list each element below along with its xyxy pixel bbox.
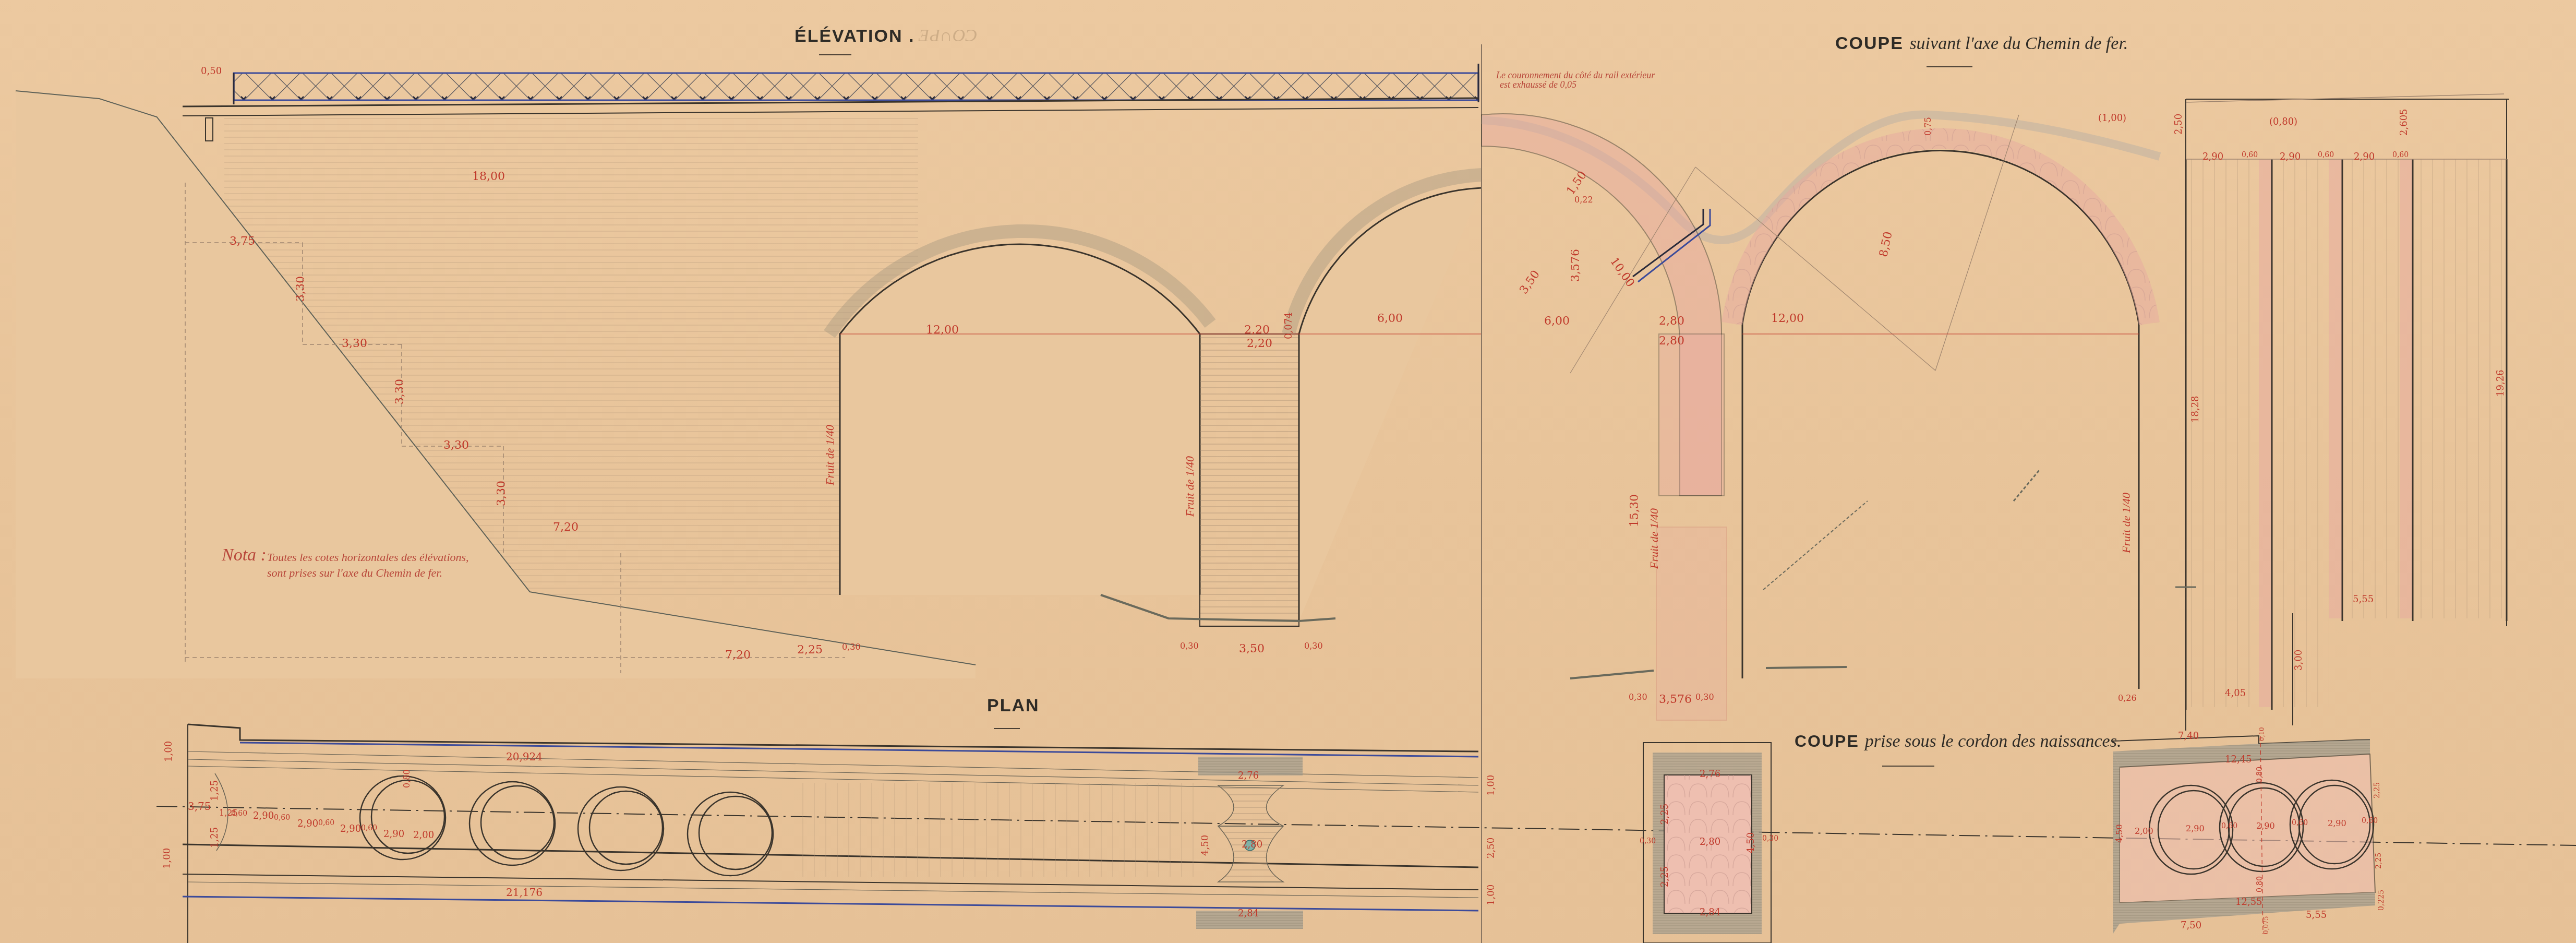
dim-spring-bottom-short: 7,50 — [2181, 921, 2201, 930]
dim-plan-pier-top: 2,76 — [1238, 771, 1259, 781]
dim-spring-gap2: 0,60 — [2292, 819, 2308, 827]
dim-plan-edge-top: 1,00 — [164, 741, 174, 762]
dim-plan-right-edge-top: 1,00 — [1487, 775, 1496, 796]
dim-end-base-left: 4,05 — [2225, 689, 2246, 698]
mirrored-coupe-ghost: ƎԀ∩OϽ — [918, 26, 977, 46]
dim-spring-vert-top: 0,80 — [2256, 767, 2264, 783]
dim-base-mid: 2,25 — [797, 644, 823, 656]
dim-slope-v2: 3,30 — [394, 379, 406, 404]
dim-end-right-height: 2,605 — [2400, 109, 2409, 136]
nota-line-2: sont prises sur l'axe du Chemin de fer. — [267, 566, 442, 580]
plan-title: PLAN — [987, 696, 1040, 716]
dim-spring-bottom-long: 12,55 — [2235, 898, 2262, 907]
fruit-label-elevation-1: Fruit de 1/40 — [824, 425, 836, 485]
dim-slope-v3: 3,30 — [496, 481, 508, 506]
dim-pier-base: 2,20 — [1247, 338, 1272, 350]
dim-end-left-height: 2,50 — [2174, 114, 2184, 135]
dim-slope-h2: 3,30 — [342, 338, 367, 350]
dim-plan-bay-4: 2,90 — [383, 830, 404, 839]
dim-spring-bay1: 2,90 — [2186, 825, 2205, 833]
end-elevation-view — [2175, 94, 2509, 725]
dim-pier-sec-bottom: 2,84 — [1700, 908, 1720, 917]
dim-plan-gap-3: 0,60 — [318, 819, 334, 827]
dim-plan-pier-width: 2,80 — [1242, 840, 1262, 850]
axis-section-view — [1482, 99, 2186, 731]
dim-base-left: 7,20 — [553, 522, 579, 533]
elevation-title-underline — [819, 54, 851, 55]
axis-section-title: COUPE suivant l'axe du Chemin de fer. — [1835, 33, 2128, 54]
dim-pier-sec-top: 2,76 — [1700, 770, 1720, 779]
dim-spring-step-bottom: 0,075 — [2263, 916, 2269, 934]
dim-axis-pier-top: 2,80 — [1659, 316, 1684, 327]
dim-slope-v1: 3,30 — [295, 276, 307, 302]
dim-plan-gap-1: 0,60 — [231, 810, 247, 817]
dim-pier-sec-upper: 2,25 — [1660, 804, 1670, 825]
dim-plan-half-top: 1,25 — [210, 780, 220, 801]
dim-axis-drain-height: 3,576 — [1570, 249, 1582, 282]
dim-spring-start: 2,00 — [2135, 827, 2153, 835]
dim-plan-bottom-length: 21,176 — [506, 887, 543, 898]
dim-plan-start: 3,75 — [188, 801, 211, 811]
nota-label: Nota : — [222, 545, 267, 565]
dim-end-base-right: 5,55 — [2353, 595, 2374, 604]
dim-pier-sec-lower: 2,25 — [1660, 866, 1670, 887]
dim-pier-sec-height: 4,50 — [1747, 832, 1756, 853]
dim-end-bay2: 2,90 — [2280, 152, 2301, 162]
dim-axis-misc-left: 6,00 — [1544, 316, 1570, 327]
dim-plan-right-half: 2,50 — [1487, 838, 1496, 858]
dim-base-offset: 0,30 — [842, 643, 861, 651]
dim-axis-drain-offset: 0,22 — [1574, 196, 1593, 204]
dim-spring-top-long: 12,45 — [2225, 755, 2252, 765]
dim-slope-h1: 3,75 — [230, 236, 255, 247]
dim-plan-half-bottom: 1,25 — [210, 827, 220, 848]
dim-plan-gap-2: 0,60 — [274, 814, 290, 821]
dim-slope-h3: 3,30 — [443, 440, 469, 451]
dim-top-span: 18,00 — [472, 171, 505, 183]
fruit-label-elevation-2: Fruit de 1/40 — [1184, 456, 1196, 517]
springing-section-title-underline — [1882, 766, 1934, 767]
dim-spring-step-top: 0,10 — [2259, 727, 2265, 741]
dim-spring-top-short: 7,40 — [2178, 732, 2199, 741]
dim-span-main: 12,00 — [926, 325, 959, 336]
dim-spring-right-bottom: 2,25 — [2375, 853, 2382, 869]
dim-spring-gap3: 0,60 — [2362, 817, 2378, 825]
dim-end-bay1: 2,90 — [2202, 152, 2223, 162]
dim-plan-bay-1: 2,90 — [253, 811, 274, 821]
dim-ground-mid: 3,50 — [1239, 643, 1265, 655]
dim-axis-right-angle: 0,26 — [2118, 694, 2137, 702]
dim-plan-bay-3: 2,90 — [340, 825, 361, 834]
dim-spring-right-top: 2,25 — [2374, 782, 2381, 798]
dim-end-pier2: 0,60 — [2318, 151, 2334, 159]
dim-pier-top: 2,20 — [1244, 325, 1270, 336]
dim-top-left: 0,50 — [201, 67, 222, 76]
dim-ground-left: 0,30 — [1180, 642, 1199, 650]
fruit-label-axis-2: Fruit de 1/40 — [2121, 493, 2132, 553]
rail-note-line-2: est exhaussé de 0,05 — [1500, 79, 1576, 90]
fruit-label-axis-1: Fruit de 1/40 — [1648, 508, 1660, 569]
dim-axis-crown: 0,75 — [1924, 117, 1932, 136]
dim-end-height-mid: 3,00 — [2294, 650, 2304, 671]
dim-pier-sec-right-offset: 0,30 — [1762, 835, 1778, 842]
dim-plan-pier-height: 4,50 — [1201, 835, 1210, 856]
axis-section-title-underline — [1927, 66, 1972, 67]
plan-title-underline — [994, 728, 1020, 729]
dim-plan-edge-bottom: 1,00 — [163, 848, 172, 869]
dim-pier-sec-left-offset: 0,30 — [1640, 838, 1656, 845]
dim-end-pier3: 0,60 — [2392, 151, 2409, 159]
dim-pier-sec-width: 2,80 — [1700, 838, 1720, 847]
dim-end-col2: 19,26 — [2496, 369, 2506, 397]
dim-spring-bay2: 2,90 — [2256, 822, 2275, 830]
dim-plan-side-top: 0,80 — [403, 769, 411, 788]
dim-plan-pier-bottom: 2,84 — [1238, 909, 1259, 918]
dim-axis-base-offset-right: 0,30 — [1695, 693, 1714, 701]
axis-section-title-bold: COUPE — [1835, 33, 1904, 53]
dim-axis-pier-base: 2,80 — [1659, 336, 1684, 347]
dim-plan-end-gap: 2,00 — [413, 831, 434, 840]
springing-section-title-bold: COUPE — [1795, 732, 1859, 750]
dim-axis-base-offset-left: 0,30 — [1629, 693, 1647, 701]
dim-spring-bay3: 2,90 — [2328, 819, 2346, 828]
springing-section-title: COUPE prise sous le cordon des naissance… — [1795, 732, 2121, 751]
springing-section-title-italic: prise sous le cordon des naissances. — [1865, 732, 2122, 751]
dim-end-col1: 18,28 — [2191, 396, 2200, 423]
axis-section-title-italic: suivant l'axe du Chemin de fer. — [1909, 34, 2128, 53]
dim-spring-right-corner: 0,225 — [2378, 890, 2385, 911]
dim-plan-gap-4: 0,60 — [361, 825, 377, 832]
dim-pier-offset: 0,074 — [1284, 312, 1294, 339]
dim-spring-bottom-right: 5,55 — [2306, 911, 2327, 920]
dim-ground-right: 0,30 — [1304, 642, 1323, 650]
dim-axis-span: 12,00 — [1771, 313, 1804, 325]
dim-plan-right-edge-bottom: 1,00 — [1487, 885, 1496, 905]
dim-end-pier1: 0,60 — [2242, 151, 2258, 159]
dim-plan-top-length: 20,924 — [506, 751, 543, 762]
dim-plan-bay-2: 2,90 — [297, 819, 318, 829]
bridge-drawing — [0, 0, 2576, 943]
dim-axis-elev-mark: (1,00) — [2098, 114, 2126, 123]
dim-base-left-2: 7,20 — [725, 650, 751, 661]
dim-end-parapet: (0,80) — [2269, 117, 2297, 127]
dim-spring-gap1: 0,60 — [2221, 822, 2237, 830]
elevation-title: ÉLÉVATION . — [795, 26, 914, 46]
dim-span-left: 6,00 — [1377, 313, 1403, 325]
dim-end-bay3: 2,90 — [2354, 152, 2375, 162]
dim-axis-pier-height: 15,30 — [1629, 494, 1641, 527]
nota-line-1: Toutes les cotes horizontales des élévat… — [267, 551, 469, 564]
dim-spring-vert-bottom: 0,80 — [2256, 876, 2264, 892]
dim-axis-base-width: 3,576 — [1659, 694, 1692, 706]
dim-spring-left-height: 4,50 — [2115, 824, 2124, 843]
